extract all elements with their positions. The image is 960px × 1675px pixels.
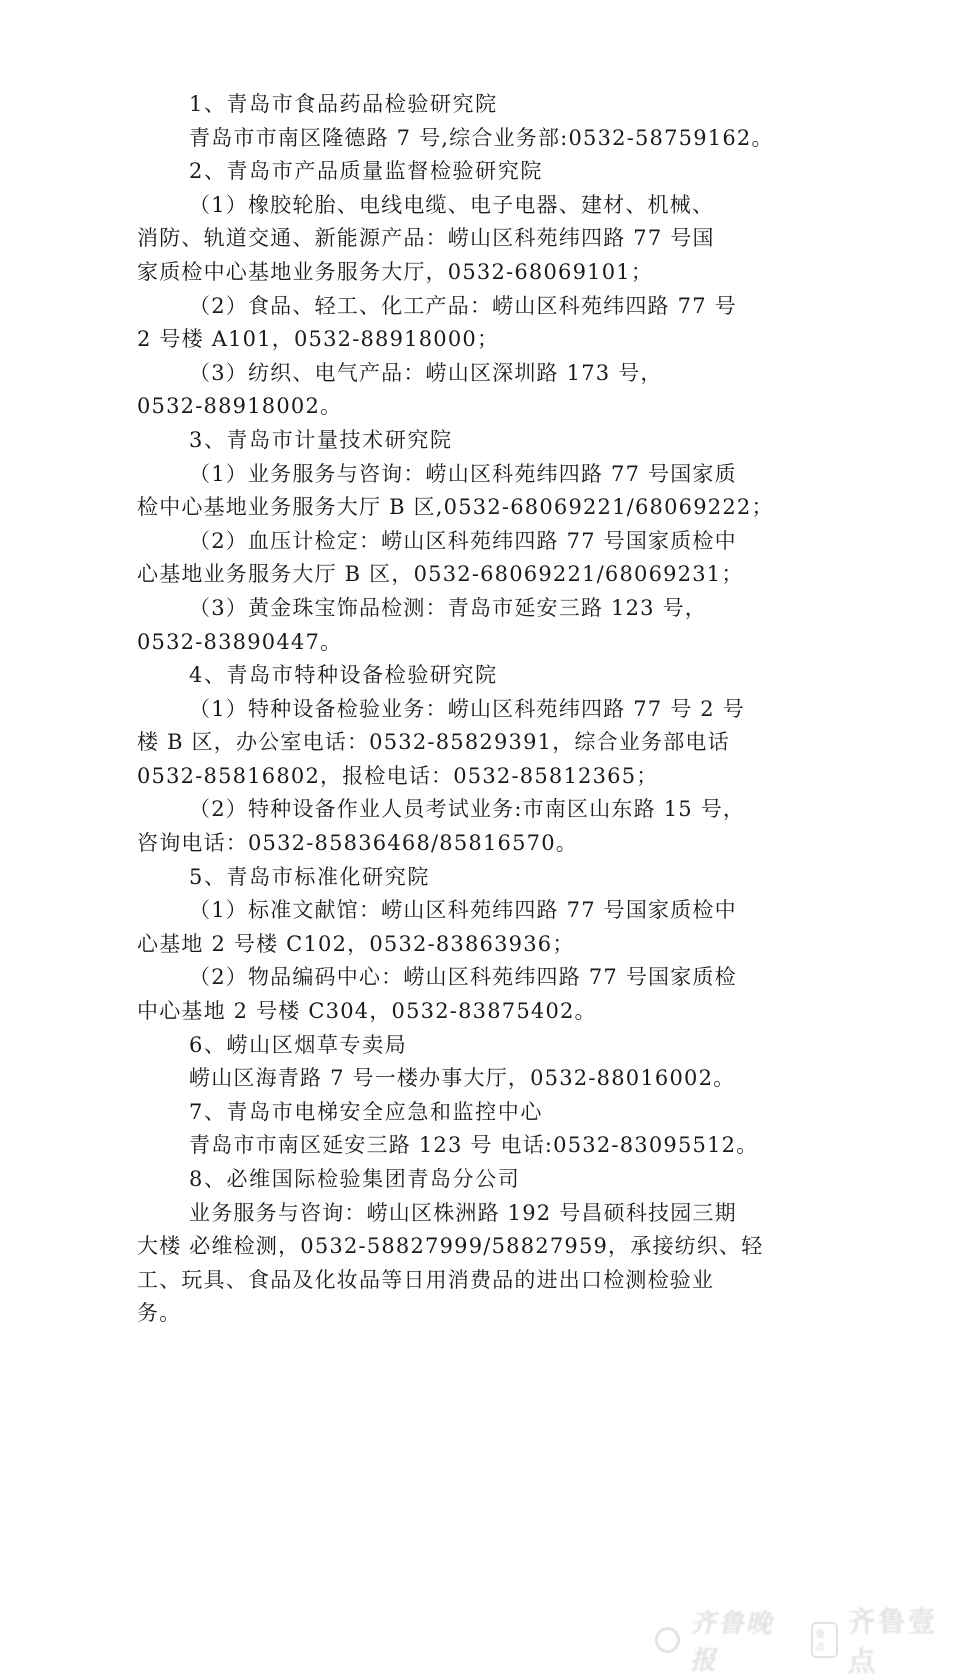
paragraph-line: （1）橡胶轮胎、电线电缆、电子电器、建材、机械、 [137, 189, 777, 223]
paragraph-line: 0532-85816802，报检电话：0532-85812365； [137, 760, 777, 794]
paragraph-line: 咨询电话：0532-85836468/85816570。 [137, 827, 777, 861]
paragraph-line: 青岛市市南区延安三路 123 号 电话:0532-83095512。 [137, 1129, 777, 1163]
paragraph-line: （3）黄金珠宝饰品检测：青岛市延安三路 123 号， [137, 592, 777, 626]
paragraph-line: 心基地业务服务大厅 B 区，0532-68069221/68069231； [137, 558, 777, 592]
publisher-logo-icon [655, 1627, 680, 1653]
watermark-app-name: 齐鲁壹点 [848, 1600, 960, 1675]
paragraph-line: 崂山区海青路 7 号一楼办事大厅，0532-88016002。 [137, 1062, 777, 1096]
section-heading: 3、青岛市计量技术研究院 [137, 424, 777, 458]
paragraph-line: 消防、轨道交通、新能源产品：崂山区科苑纬四路 77 号国 [137, 222, 777, 256]
section-heading: 2、青岛市产品质量监督检验研究院 [137, 155, 777, 189]
watermark: 齐鲁晚报 壹点 齐鲁壹点 [655, 1620, 960, 1660]
paragraph-line: 工、玩具、食品及化妆品等日用消费品的进出口检测检验业 [137, 1264, 777, 1298]
section-heading: 8、必维国际检验集团青岛分公司 [137, 1163, 777, 1197]
paragraph-line: 业务服务与咨询：崂山区株洲路 192 号昌硕科技园三期 [137, 1197, 777, 1231]
paragraph-line: （2）物品编码中心：崂山区科苑纬四路 77 号国家质检 [137, 961, 777, 995]
paragraph-line: （1）特种设备检验业务：崂山区科苑纬四路 77 号 2 号 [137, 693, 777, 727]
paragraph-line: 心基地 2 号楼 C102，0532-83863936； [137, 928, 777, 962]
paragraph-line: 楼 B 区，办公室电话：0532-85829391，综合业务部电话 [137, 726, 777, 760]
paragraph-line: （2）特种设备作业人员考试业务:市南区山东路 15 号， [137, 793, 777, 827]
paragraph-line: 0532-88918002。 [137, 390, 777, 424]
paragraph-line: 大楼 必维检测，0532-58827999/58827959，承接纺织、轻 [137, 1230, 777, 1264]
document-page: 1、青岛市食品药品检验研究院青岛市市南区隆德路 7 号,综合业务部:0532-5… [0, 0, 960, 1675]
paragraph-line: 检中心基地业务服务大厅 B 区,0532-68069221/68069222； [137, 491, 777, 525]
paragraph-line: 家质检中心基地业务服务大厅，0532-68069101； [137, 256, 777, 290]
section-heading: 5、青岛市标准化研究院 [137, 861, 777, 895]
app-badge-icon: 壹点 [811, 1622, 838, 1658]
paragraph-line: （3）纺织、电气产品：崂山区深圳路 173 号， [137, 357, 777, 391]
section-heading: 1、青岛市食品药品检验研究院 [137, 88, 777, 122]
paragraph-line: 2 号楼 A101，0532-88918000； [137, 323, 777, 357]
paragraph-line: 中心基地 2 号楼 C304，0532-83875402。 [137, 995, 777, 1029]
watermark-publisher: 齐鲁晚报 [690, 1603, 795, 1675]
paragraph-line: （1）标准文献馆：崂山区科苑纬四路 77 号国家质检中 [137, 894, 777, 928]
document-body: 1、青岛市食品药品检验研究院青岛市市南区隆德路 7 号,综合业务部:0532-5… [137, 88, 777, 1331]
section-heading: 6、崂山区烟草专卖局 [137, 1029, 777, 1063]
paragraph-line: 务。 [137, 1297, 777, 1331]
paragraph-line: （2）血压计检定：崂山区科苑纬四路 77 号国家质检中 [137, 525, 777, 559]
section-heading: 4、青岛市特种设备检验研究院 [137, 659, 777, 693]
paragraph-line: （2）食品、轻工、化工产品：崂山区科苑纬四路 77 号 [137, 290, 777, 324]
paragraph-line: （1）业务服务与咨询：崂山区科苑纬四路 77 号国家质 [137, 458, 777, 492]
paragraph-line: 0532-83890447。 [137, 626, 777, 660]
paragraph-line: 青岛市市南区隆德路 7 号,综合业务部:0532-58759162。 [137, 122, 777, 156]
section-heading: 7、青岛市电梯安全应急和监控中心 [137, 1096, 777, 1130]
